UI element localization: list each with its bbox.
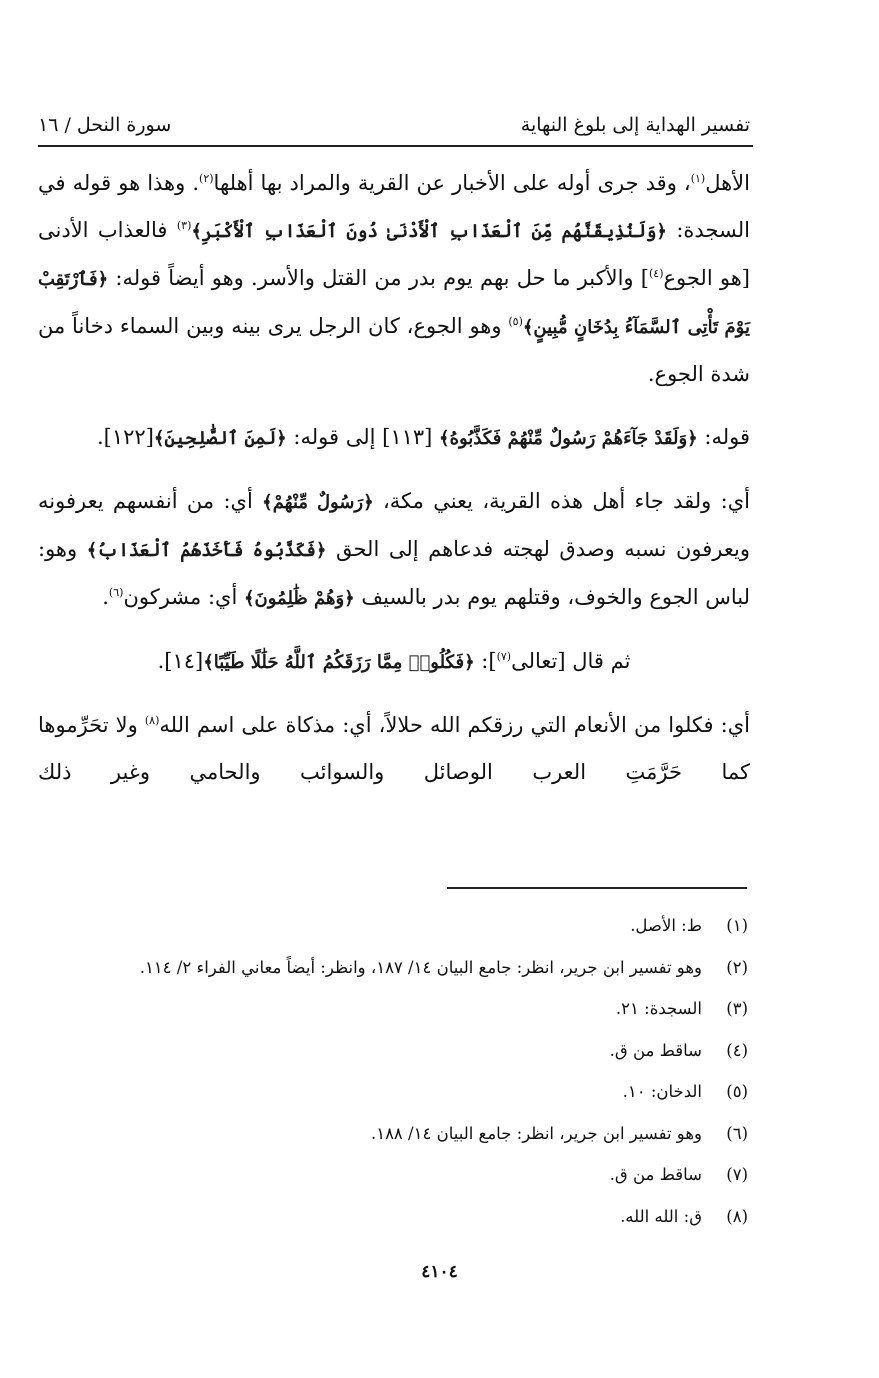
footnote-number: (٤): [702, 1030, 750, 1072]
footnote-text: ساقط من ق.: [610, 1154, 702, 1196]
text: ، وقد جرى أوله على الأخبار عن القرية وال…: [214, 171, 691, 195]
text: [١١٣] إلى قوله:: [287, 425, 439, 449]
footnote-number: (٣): [702, 988, 750, 1030]
footnote-number: (٨): [702, 1196, 750, 1238]
footnote-item: (٢)وهو تفسير ابن جرير، انظر: جامع البيان…: [38, 947, 750, 989]
quran-verse: ﴿فَكُلُوا۟ مِمَّا رَزَقَكُمُ ٱللَّهُ حَل…: [203, 652, 474, 673]
footnote-text: ط: الأصل.: [630, 905, 702, 947]
running-header: تفسير الهداية إلى بلوغ النهاية سورة النح…: [38, 102, 750, 136]
footnote-ref-2[interactable]: (٢): [199, 172, 214, 185]
footnote-ref-5[interactable]: (٥): [508, 315, 523, 328]
quran-verse: ﴿فَكَذَّبُوهُ فَأَخَذَهُمُ ٱلْعَذَابُ﴾: [87, 540, 327, 561]
footnote-number: (٥): [702, 1071, 750, 1113]
paragraph-2: قوله: ﴿وَلَقَدْ جَآءَهُمْ رَسُولٌ مِّنْه…: [38, 414, 750, 462]
footnote-text: الدخان: ١٠.: [623, 1071, 702, 1113]
footnote-number: (٧): [702, 1154, 750, 1196]
quran-verse: ﴿وَلَنُذِيقَنَّهُم مِّنَ ٱلْعَذَابِ ٱلْأ…: [191, 221, 667, 242]
footnote-ref-3[interactable]: (٣): [177, 219, 192, 232]
text: ] والأكبر ما حل بهم يوم بدر من القتل وال…: [108, 266, 649, 290]
header-divider: [38, 145, 753, 147]
footnote-item: (٤)ساقط من ق.: [38, 1030, 750, 1072]
surah-label: سورة النحل / ١٦: [38, 114, 171, 136]
footnote-ref-1[interactable]: (١): [691, 172, 706, 185]
footnote-item: (٦)وهو تفسير ابن جرير، انظر: جامع البيان…: [38, 1113, 750, 1155]
book-title: تفسير الهداية إلى بلوغ النهاية: [521, 114, 750, 136]
main-text: الأهل(١)، وقد جرى أوله على الأخبار عن ال…: [38, 160, 750, 812]
footnote-number: (٦): [702, 1113, 750, 1155]
quran-verse: ﴿وَهُمْ ظَٰلِمُونَ﴾: [244, 588, 355, 609]
footnote-ref-8[interactable]: (٨): [145, 714, 160, 727]
footnote-text: ق: الله الله.: [620, 1196, 702, 1238]
verse-number: [١٢٢].: [97, 425, 154, 449]
text: قوله:: [698, 425, 750, 449]
footnote-text: وهو تفسير ابن جرير، انظر: جامع البيان ١٤…: [371, 1113, 702, 1155]
text: أي: فكلوا من الأنعام التي رزقكم الله حلا…: [159, 713, 750, 737]
footnote-text: السجدة: ٢١.: [616, 988, 702, 1030]
text: ثم قال [تعالى: [511, 649, 630, 673]
footnote-text: وهو تفسير ابن جرير، انظر: جامع البيان ١٤…: [140, 947, 702, 989]
footnote-ref-7[interactable]: (٧): [497, 650, 512, 663]
quran-verse: ﴿وَلَقَدْ جَآءَهُمْ رَسُولٌ مِّنْهُمْ فَ…: [439, 428, 698, 449]
footnote-item: (٧)ساقط من ق.: [38, 1154, 750, 1196]
quran-verse: ﴿لَمِنَ ٱلصَّٰلِحِينَ﴾: [154, 428, 287, 449]
paragraph-4: ثم قال [تعالى(٧)]: ﴿فَكُلُوا۟ مِمَّا رَز…: [38, 638, 750, 686]
quran-verse: ﴿رَسُولٌ مِّنْهُمْ﴾: [262, 492, 374, 513]
footnotes-list: (١)ط: الأصل. (٢)وهو تفسير ابن جرير، انظر…: [38, 905, 750, 1237]
text: ]:: [475, 649, 497, 673]
text: .: [102, 585, 109, 609]
footnote-item: (٥)الدخان: ١٠.: [38, 1071, 750, 1113]
footnote-item: (١)ط: الأصل.: [38, 905, 750, 947]
paragraph-3: أي: ولقد جاء أهل هذه القرية، يعني مكة، ﴿…: [38, 478, 750, 622]
footnote-item: (٨)ق: الله الله.: [38, 1196, 750, 1238]
footnote-number: (٢): [702, 947, 750, 989]
footnote-divider: [447, 887, 747, 889]
footnote-number: (١): [702, 905, 750, 947]
paragraph-5: أي: فكلوا من الأنعام التي رزقكم الله حلا…: [38, 702, 750, 796]
verse-number: [١٤].: [158, 649, 204, 673]
book-page: تفسير الهداية إلى بلوغ النهاية سورة النح…: [0, 0, 879, 1378]
footnote-ref-4[interactable]: (٤): [649, 267, 664, 280]
text: أي: ولقد جاء أهل هذه القرية، يعني مكة،: [374, 489, 750, 513]
text: أي: مشركون: [123, 585, 244, 609]
footnote-item: (٣)السجدة: ٢١.: [38, 988, 750, 1030]
footnote-text: ساقط من ق.: [610, 1030, 702, 1072]
paragraph-1: الأهل(١)، وقد جرى أوله على الأخبار عن ال…: [38, 160, 750, 398]
footnote-ref-6[interactable]: (٦): [109, 586, 124, 599]
text: الأهل: [705, 171, 750, 195]
page-number: ٤١٠٤: [0, 1262, 879, 1282]
